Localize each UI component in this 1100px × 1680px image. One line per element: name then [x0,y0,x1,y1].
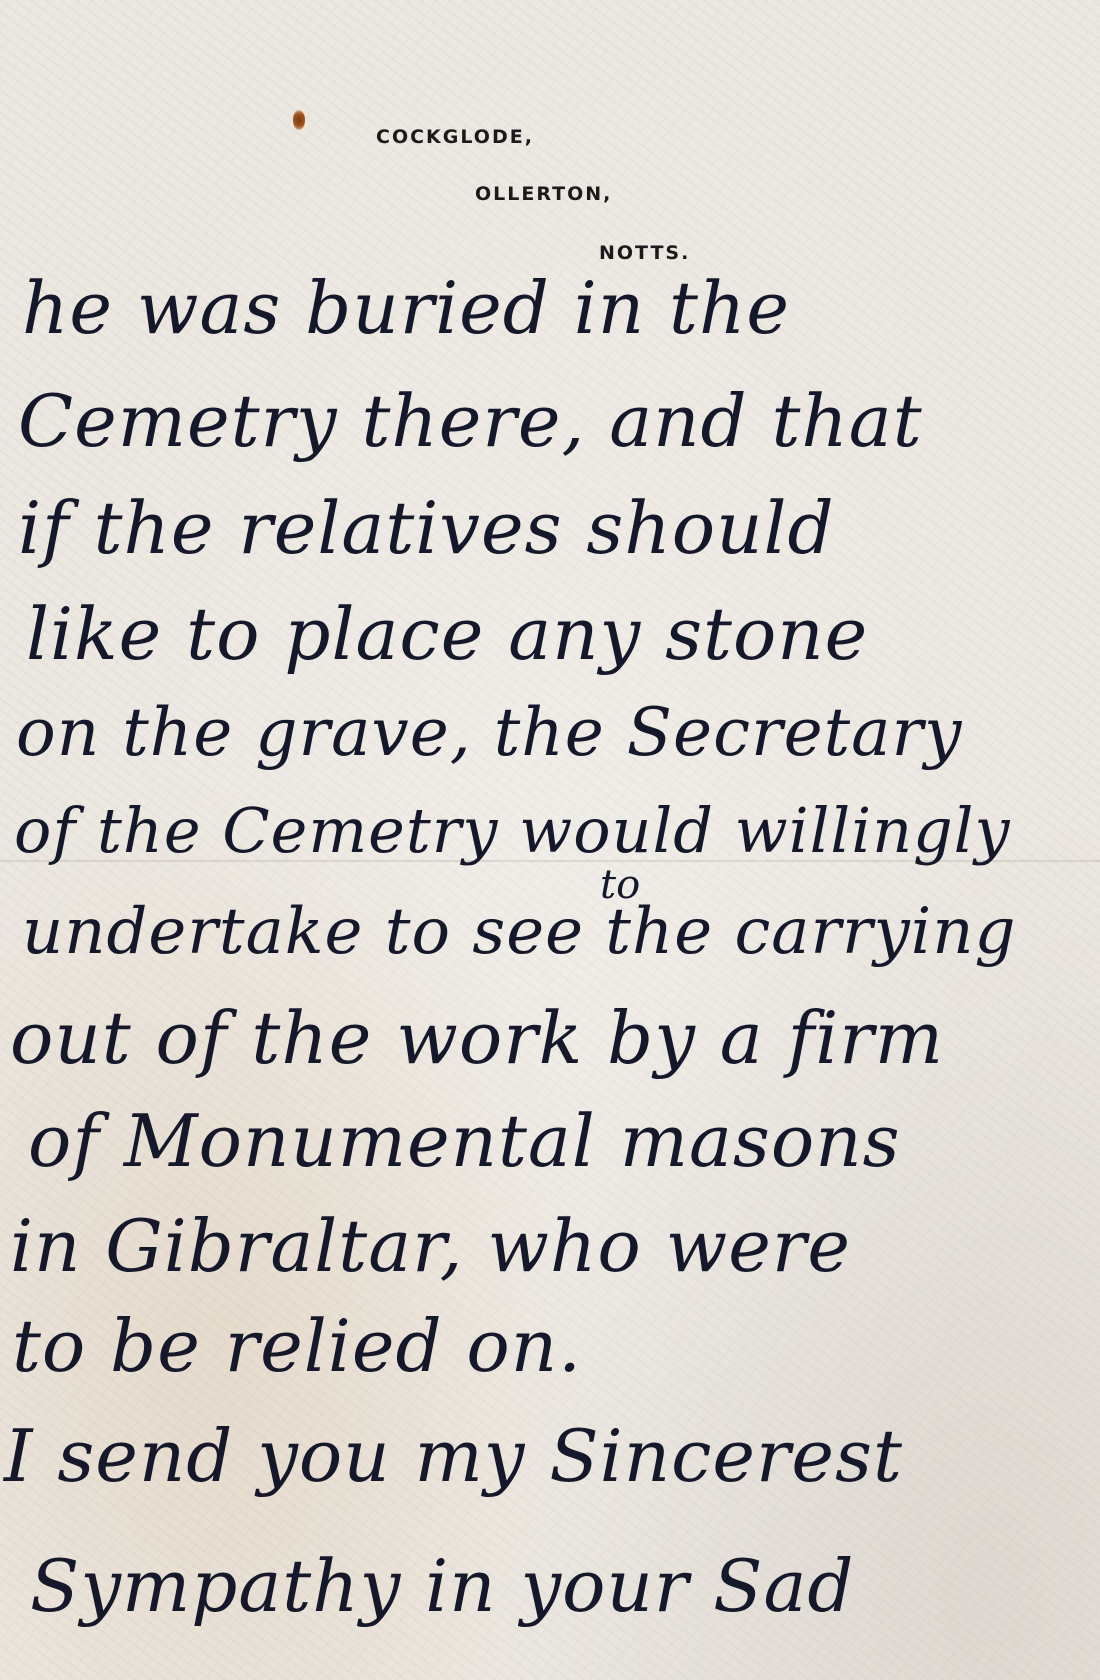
letterhead-line-3: NOTTS. [599,242,690,264]
handwritten-line: Sympathy in your Sad [30,1550,854,1622]
letter-page: COCKGLODE, OLLERTON, NOTTS. he was burie… [0,0,1100,1680]
handwritten-line: to be relied on. [12,1310,582,1382]
handwritten-line: of the Cemetry would willingly [14,800,1011,862]
letterhead-line-1: COCKGLODE, [376,126,534,148]
handwritten-line: in Gibraltar, who were [10,1210,851,1282]
handwritten-line: Cemetry there, and that [18,385,923,457]
handwritten-line: like to place any stone [26,598,868,670]
handwritten-line: out of the work by a firm [10,1002,944,1074]
letterhead-line-2: OLLERTON, [475,183,612,205]
rust-stain [293,110,305,130]
handwritten-line: of Monumental masons [28,1105,901,1177]
handwritten-line: if the relatives should [18,492,835,564]
handwritten-line: undertake to see the carrying [22,900,1016,964]
handwritten-line: on the grave, the Secretary [16,700,962,766]
handwritten-line: I send you my Sincerest [4,1420,903,1492]
handwritten-line: he was buried in the [22,272,790,344]
